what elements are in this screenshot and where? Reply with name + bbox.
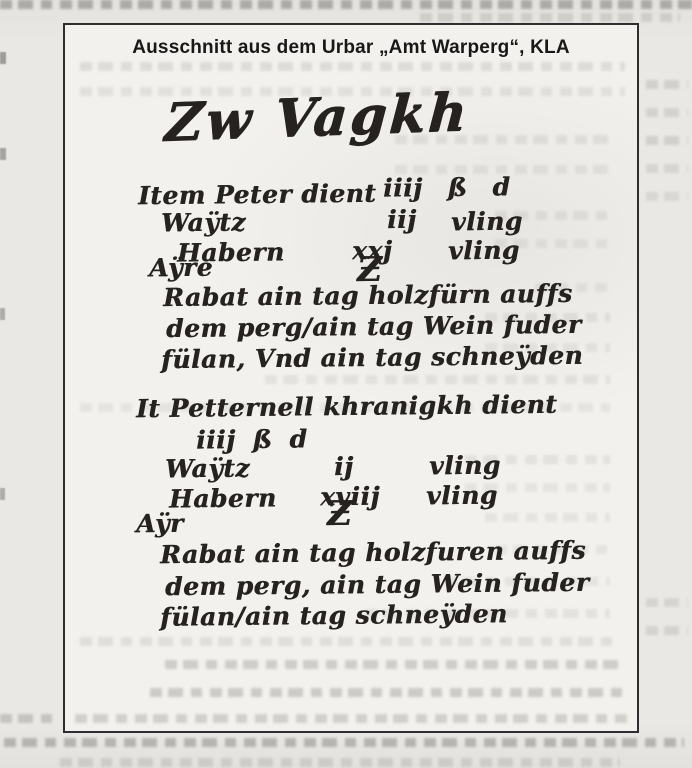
ms-entry2-row3-item: Aÿr	[136, 509, 184, 538]
ms-entry1-intro: Item Peter dient	[138, 179, 377, 210]
bleed-through-line	[165, 660, 625, 669]
bleed-through-line	[75, 714, 630, 723]
bleed-through-line	[646, 626, 688, 635]
scan-edge-mark	[0, 488, 5, 500]
bleed-through-line	[646, 108, 688, 117]
bleed-through-line	[646, 598, 688, 607]
ms-entry2-row2-item: Habern	[169, 483, 277, 513]
bleed-through-line	[485, 513, 610, 522]
bleed-through-line	[646, 80, 688, 89]
ms-entry2-row1-item: Waÿtz	[165, 454, 250, 484]
ms-entry1-row2-unit: vling	[448, 236, 520, 266]
bleed-through-line	[150, 688, 625, 697]
ms-entry2-robot-line3: fülan/ain tag schneÿden	[160, 599, 508, 632]
bleed-through-line	[420, 13, 680, 22]
ms-entry2-row1-qty: ij	[334, 452, 354, 481]
ms-entry2-amount: iiij ß d	[196, 424, 308, 454]
scan-edge-mark	[0, 148, 6, 160]
ms-entry1-robot-line1: Rabat ain tag holzfürn auffs	[163, 279, 573, 312]
ms-entry1-row1-item: Waÿtz	[161, 208, 246, 238]
facsimile-frame: Ausschnitt aus dem Urbar „Amt Warperg“, …	[63, 23, 639, 733]
figure-caption: Ausschnitt aus dem Urbar „Amt Warperg“, …	[65, 37, 637, 59]
bleed-through-line	[646, 192, 688, 201]
bleed-through-line	[80, 62, 625, 71]
ms-entry2-row3-qty: Ƶ	[327, 497, 353, 531]
ms-entry1-robot-line3: fülan, Vnd ain tag schneÿden	[161, 341, 583, 374]
ms-entry2-row2-unit: vling	[426, 481, 498, 511]
bleed-through-line	[0, 0, 692, 9]
bleed-through-line	[60, 758, 620, 767]
bleed-through-line	[4, 738, 684, 747]
ms-entry1-row3-item: Aÿre	[149, 253, 213, 283]
bleed-through-line	[646, 164, 688, 173]
bleed-through-line	[265, 375, 610, 384]
scan-edge-mark	[0, 308, 5, 320]
bleed-through-line	[0, 714, 60, 723]
ms-entry1-row1-qty: iij	[387, 205, 417, 234]
ms-entry2-intro: It Petternell khranigkh dient	[136, 390, 558, 423]
scan-edge-mark	[0, 52, 6, 64]
ms-entry1-amount: iiij ß d	[383, 172, 511, 202]
ms-entry1-robot-line2: dem perg/ain tag Wein fuder	[166, 310, 582, 343]
ms-entry2-robot-line2: dem perg, ain tag Wein fuder	[165, 568, 590, 601]
ms-entry2-robot-line1: Rabat ain tag holzfuren auffs	[160, 536, 586, 569]
manuscript-heading: Zw Vagkh	[163, 82, 471, 154]
bleed-through-line	[646, 136, 688, 145]
bleed-through-line	[80, 637, 620, 646]
ms-entry2-row1-unit: vling	[429, 451, 501, 481]
ms-entry1-row1-unit: vling	[451, 207, 523, 237]
